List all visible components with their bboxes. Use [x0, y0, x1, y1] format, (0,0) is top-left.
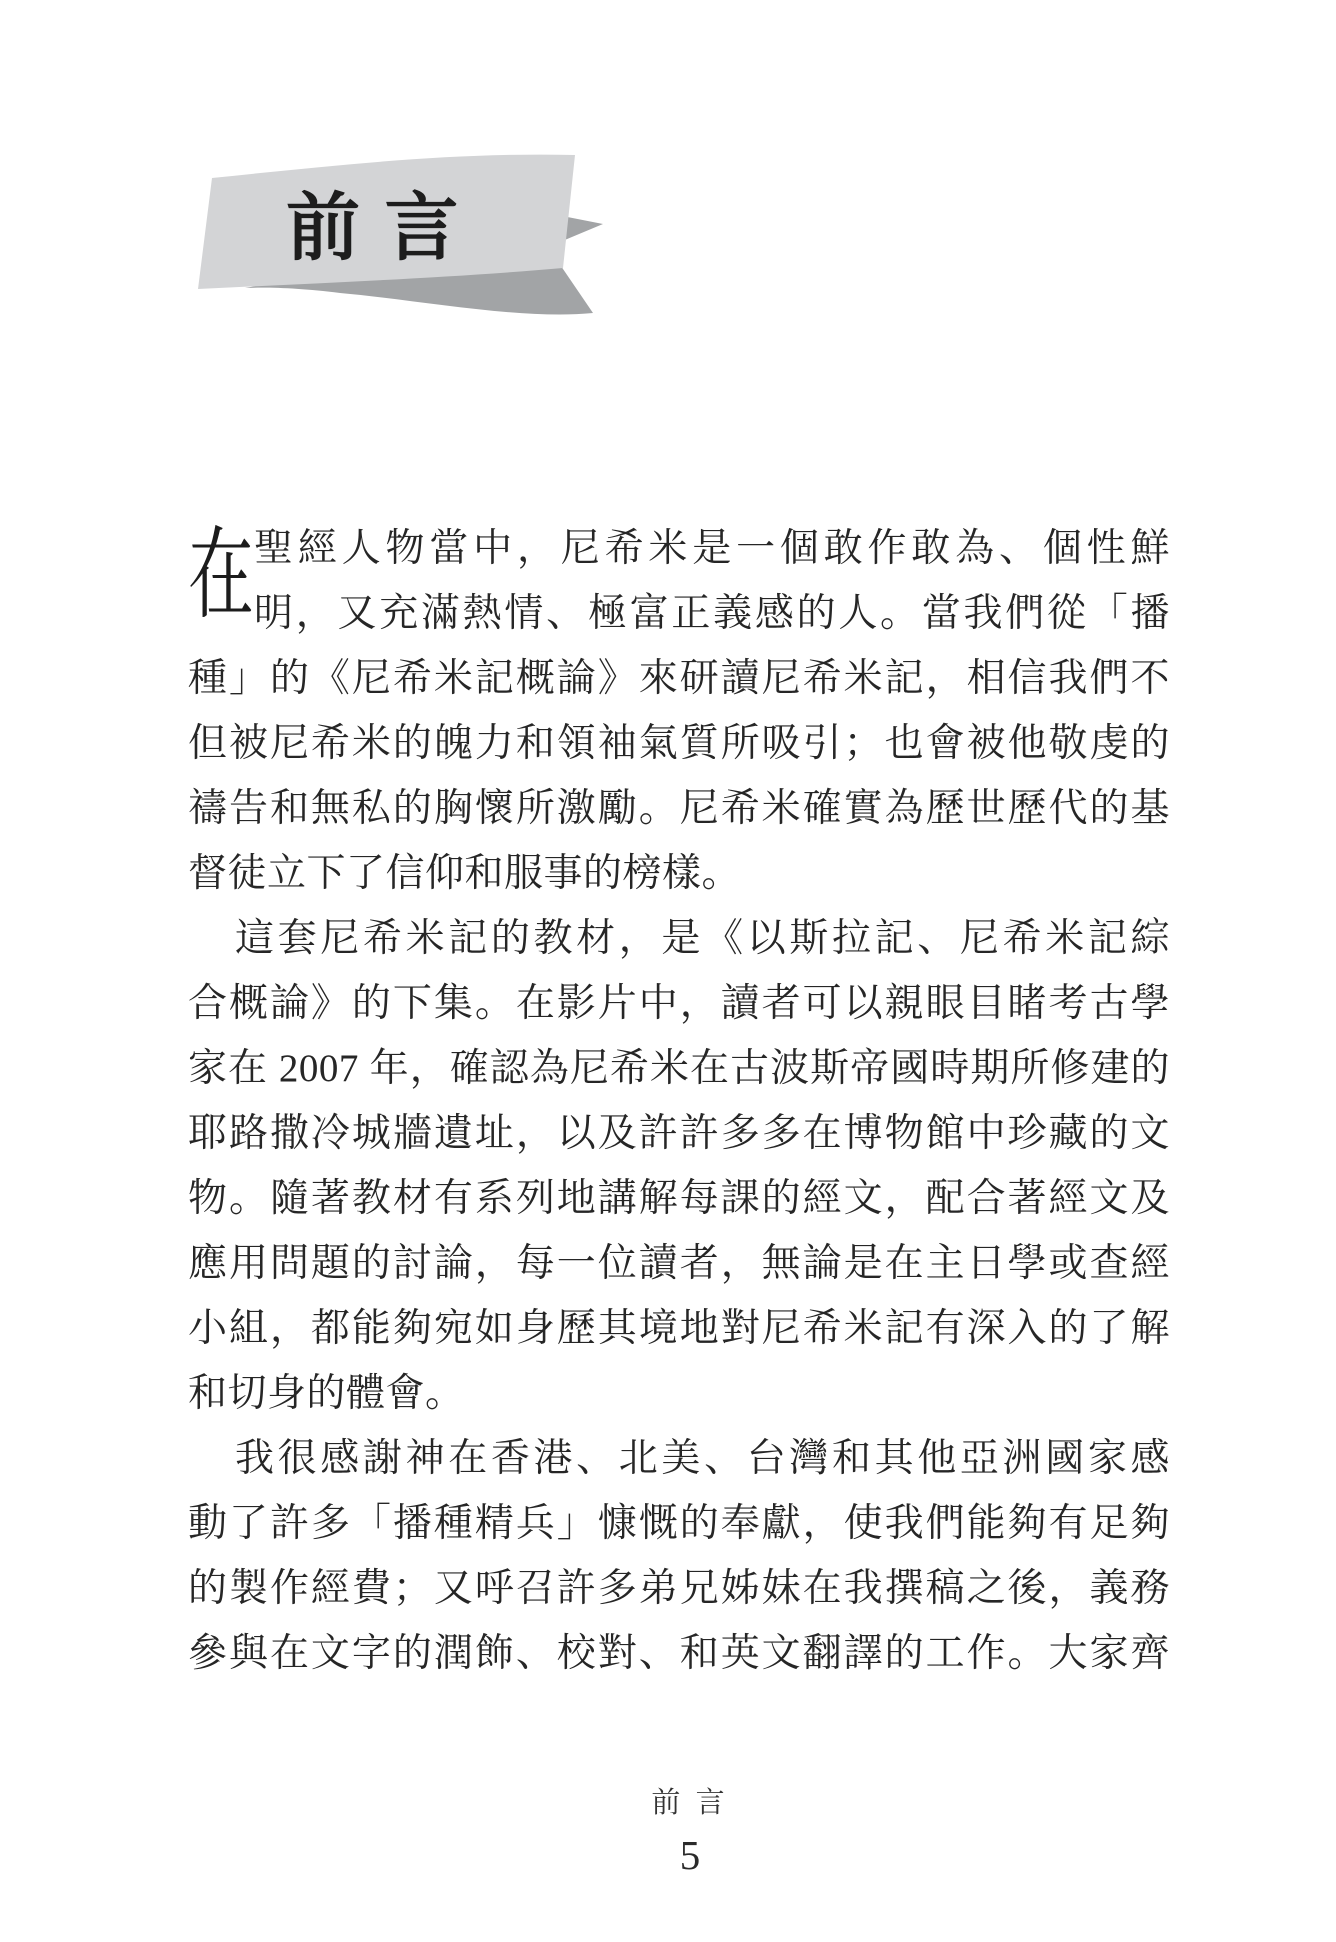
chapter-title: 前 言 — [286, 188, 461, 268]
body-line: 應用問題的討論，每一位讀者，無論是在主日學或查經 — [188, 1231, 1170, 1296]
body-line: 明，又充滿熱情、極富正義感的人。當我們從「播 — [188, 581, 1170, 646]
preface-body: 在 聖經人物當中，尼希米是一個敢作敢為、個性鮮 明，又充滿熱情、極富正義感的人。… — [188, 516, 1170, 1686]
body-line: 耶路撒冷城牆遺址，以及許許多多在博物館中珍藏的文 — [188, 1101, 1170, 1166]
body-line: 的製作經費；又呼召許多弟兄姊妹在我撰稿之後，義務 — [188, 1556, 1170, 1621]
body-line: 聖經人物當中，尼希米是一個敢作敢為、個性鮮 — [188, 516, 1170, 581]
body-line: 我很感謝神在香港、北美、台灣和其他亞洲國家感 — [188, 1426, 1170, 1491]
document-page: 前 言 在 聖經人物當中，尼希米是一個敢作敢為、個性鮮 明，又充滿熱情、極富正義… — [0, 0, 1336, 1942]
body-line: 但被尼希米的魄力和領袖氣質所吸引；也會被他敬虔的 — [188, 711, 1170, 776]
body-line: 動了許多「播種精兵」慷慨的奉獻，使我們能夠有足夠 — [188, 1491, 1170, 1556]
body-line: 督徒立下了信仰和服事的榜樣。 — [188, 841, 1170, 906]
body-line: 和切身的體會。 — [188, 1361, 1170, 1426]
body-line: 合概論》的下集。在影片中，讀者可以親眼目睹考古學 — [188, 971, 1170, 1036]
body-line: 種」的《尼希米記概論》來研讀尼希米記，相信我們不 — [188, 646, 1170, 711]
body-line: 參與在文字的潤飾、校對、和英文翻譯的工作。大家齊 — [188, 1621, 1170, 1686]
body-line: 家在 2007 年，確認為尼希米在古波斯帝國時期所修建的 — [188, 1036, 1170, 1101]
body-line: 禱告和無私的胸懷所激勵。尼希米確實為歷世歷代的基 — [188, 776, 1170, 841]
chapter-banner: 前 言 — [150, 128, 680, 338]
body-line: 物。隨著教材有系列地講解每課的經文，配合著經文及 — [188, 1166, 1170, 1231]
body-line: 小組，都能夠宛如身歷其境地對尼希米記有深入的了解 — [188, 1296, 1170, 1361]
page-number: 5 — [200, 1832, 1180, 1878]
body-line: 這套尼希米記的教材，是《以斯拉記、尼希米記綜 — [188, 906, 1170, 971]
running-footer-title: 前 言 — [200, 1784, 1180, 1822]
dropcap-character: 在 — [188, 524, 230, 644]
